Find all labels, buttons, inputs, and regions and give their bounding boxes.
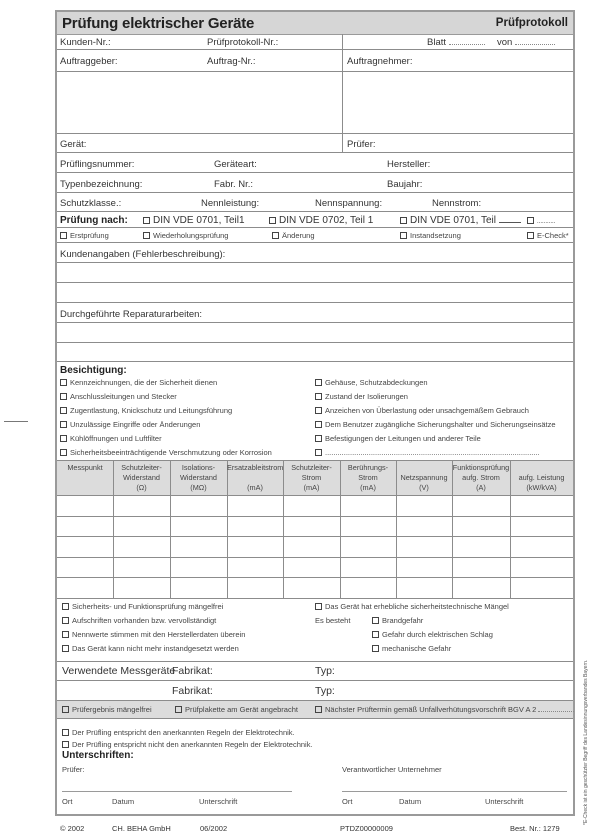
footer-code: PTDZ00000009 — [340, 824, 393, 833]
nennspannung-field[interactable]: Nennspannung: — [315, 198, 382, 209]
table-cell[interactable] — [57, 557, 113, 578]
checkbox-box — [60, 435, 67, 442]
table-cell[interactable] — [396, 516, 452, 537]
besichtigung-left-item[interactable]: Sicherheitsbeeinträchtigende Verschmutzu… — [60, 448, 272, 457]
datum-label-2: Datum — [399, 797, 421, 806]
auftragnehmer-field[interactable]: Auftragnehmer: — [347, 56, 412, 67]
checkbox-box — [315, 407, 322, 414]
ergebnis-item[interactable]: Sicherheits- und Funktionsprüfung mängel… — [62, 602, 223, 611]
ort-label-2: Ort — [342, 797, 352, 806]
table-cell[interactable] — [452, 536, 510, 557]
table-column-header: Strom — [340, 473, 396, 483]
table-cell[interactable] — [340, 495, 396, 516]
table-column-header: Funktionsprüfung — [452, 463, 510, 473]
footer-bestell-nr: Best. Nr.: 1279 — [510, 824, 560, 833]
checkbox-box — [315, 706, 322, 713]
ort-label-1: Ort — [62, 797, 72, 806]
table-cell[interactable] — [396, 495, 452, 516]
gefahr-checkbox[interactable]: Gefahr durch elektrischen Schlag — [372, 630, 493, 639]
besichtigung-left-item[interactable]: Unzulässige Eingriffe oder Änderungen — [60, 420, 200, 429]
table-cell[interactable] — [510, 536, 573, 557]
table-column-header: aufg. Strom — [452, 473, 510, 483]
option-other[interactable]: ........... — [527, 215, 555, 226]
geraeteart-field[interactable]: Geräteart: — [214, 159, 257, 170]
margin-mark — [4, 421, 28, 422]
checkbox-box — [315, 449, 322, 456]
checkbox-box — [62, 631, 69, 638]
table-cell[interactable] — [170, 557, 227, 578]
table-cell[interactable] — [113, 495, 170, 516]
auftragnehmer-address-area[interactable] — [344, 72, 573, 132]
checkbox-box — [60, 393, 67, 400]
table-cell[interactable] — [227, 516, 283, 537]
checkbox-box — [60, 232, 67, 239]
table-cell[interactable] — [340, 516, 396, 537]
typ-field-1[interactable]: Typ: — [315, 665, 335, 677]
blatt-field[interactable]: Blatt — [427, 37, 485, 48]
e-check-checkbox[interactable]: E-Check* — [527, 231, 569, 240]
table-cell[interactable] — [170, 495, 227, 516]
table-column-header: Ersatzableitstrom — [227, 463, 283, 473]
unternehmer-signature-label: Verantwortlicher Unternehmer — [342, 765, 442, 774]
geraet-field[interactable]: Gerät: — [60, 139, 86, 150]
table-column-header: (MΩ) — [170, 483, 227, 493]
unterschriften-title: Unterschriften: — [62, 750, 134, 761]
checkbox-box — [272, 232, 279, 239]
datum-label-1: Datum — [112, 797, 134, 806]
table-cell[interactable] — [283, 495, 340, 516]
checkbox-box — [175, 706, 182, 713]
pruefer-field[interactable]: Prüfer: — [347, 139, 376, 150]
checkbox-box — [60, 421, 67, 428]
besichtigung-right-item[interactable]: Zustand der Isolierungen — [315, 392, 408, 401]
table-cell[interactable] — [113, 577, 170, 598]
erstpruefung-checkbox[interactable]: Erstprüfung — [60, 231, 109, 240]
table-cell[interactable] — [283, 516, 340, 537]
table-cell[interactable] — [510, 577, 573, 598]
regeln-entspricht-checkbox[interactable]: Der Prüfling entspricht den anerkannten … — [62, 728, 295, 737]
footer-company: CH. BEHA GmbH — [112, 824, 171, 833]
table-column-header: (kW/kVA) — [510, 483, 573, 493]
reparatur-line-2[interactable] — [57, 343, 573, 362]
checkbox-box — [372, 645, 379, 652]
form-title: Prüfung elektrischer Geräte — [62, 15, 254, 32]
besichtigung-left-item[interactable]: Anschlussleitungen und Stecker — [60, 392, 177, 401]
pruefung-nach-label: Prüfung nach: — [60, 215, 128, 226]
besichtigung-right-item[interactable]: Gehäuse, Schutzabdeckungen — [315, 378, 428, 387]
table-cell[interactable] — [227, 577, 283, 598]
es-besteht-label: Es besteht — [315, 616, 350, 625]
blatt-label: Blatt — [427, 37, 446, 48]
table-cell[interactable] — [510, 557, 573, 578]
naechster-pruefermin-checkbox[interactable]: Nächster Prüftermin gemäß Unfallverhütun… — [315, 705, 574, 714]
table-cell[interactable] — [113, 557, 170, 578]
checkbox-box — [60, 379, 67, 386]
checkbox-box — [315, 379, 322, 386]
gefahr-checkbox[interactable]: mechanische Gefahr — [372, 644, 451, 653]
reparatur-line-1[interactable] — [57, 323, 573, 342]
option-vde0701-teil-x[interactable]: DIN VDE 0701, Teil — [400, 215, 521, 226]
kundenangaben-line-2[interactable] — [57, 283, 573, 302]
table-cell[interactable] — [452, 495, 510, 516]
checkbox-box — [315, 421, 322, 428]
besichtigung-right-item[interactable]: ........................................… — [315, 448, 540, 457]
checkbox[interactable] — [527, 217, 534, 224]
table-column-header: (mA) — [340, 483, 396, 493]
checkbox-box — [372, 617, 379, 624]
checkbox-box — [60, 407, 67, 414]
table-cell[interactable] — [396, 536, 452, 557]
fabr-nr-field[interactable]: Fabr. Nr.: — [214, 179, 253, 190]
table-cell[interactable] — [113, 536, 170, 557]
table-column-header: (mA) — [227, 483, 283, 493]
prueflingsnummer-field[interactable]: Prüflingsnummer: — [60, 159, 134, 170]
besichtigung-title: Besichtigung: — [60, 365, 127, 376]
checkbox[interactable] — [400, 217, 407, 224]
checkbox-box — [315, 435, 322, 442]
besichtigung-right-item[interactable]: Anzeichen von Überlastung oder unsachgem… — [315, 406, 529, 415]
wiederholungspruefung-checkbox[interactable]: Wiederholungsprüfung — [143, 231, 228, 240]
table-column-header: Strom — [283, 473, 340, 483]
kundenangaben-label: Kundenangaben (Fehlerbeschreibung): — [60, 249, 225, 260]
ergebnis-item[interactable]: Das Gerät kann nicht mehr instandgesetzt… — [62, 644, 239, 653]
table-cell[interactable] — [396, 577, 452, 598]
nennleistung-field[interactable]: Nennleistung: — [201, 198, 259, 209]
instandsetzung-checkbox[interactable]: Instandsetzung — [400, 231, 461, 240]
table-cell[interactable] — [170, 516, 227, 537]
table-cell[interactable] — [113, 516, 170, 537]
checkbox-box — [315, 393, 322, 400]
option-vde0701-teil1[interactable]: DIN VDE 0701, Teil1 — [143, 215, 245, 226]
table-cell[interactable] — [170, 577, 227, 598]
ergebnis-item[interactable]: Nennwerte stimmen mit den Herstellerdate… — [62, 630, 245, 639]
pruefergebnis-checkbox[interactable]: Prüfergebnis mängelfrei — [62, 705, 152, 714]
checkbox-box — [62, 617, 69, 624]
von-label: von — [497, 37, 512, 48]
table-column-header: (mA) — [283, 483, 340, 493]
besichtigung-right-item[interactable]: Dem Benutzer zugängliche Sicherungshalte… — [315, 420, 556, 429]
table-column-header: Messpunkt — [57, 463, 113, 473]
table-column-header: Berührungs- — [340, 463, 396, 473]
protokoll-nr-field[interactable]: Prüfprotokoll-Nr.: — [207, 37, 278, 48]
table-column-header: (Ω) — [113, 483, 170, 493]
table-cell[interactable] — [510, 516, 573, 537]
pruefplakette-checkbox[interactable]: Prüfplakette am Gerät angebracht — [175, 705, 298, 714]
table-cell[interactable] — [57, 516, 113, 537]
table-column-header: Netzspannung — [396, 473, 452, 483]
table-column-header: Widerstand — [170, 473, 227, 483]
table-cell[interactable] — [452, 577, 510, 598]
unternehmer-signature-line[interactable] — [342, 791, 567, 792]
form-type: Prüfprotokoll — [496, 17, 568, 29]
schutzklasse-field[interactable]: Schutzklasse.: — [60, 198, 121, 209]
table-column-header: aufg. Leistung — [510, 473, 573, 483]
checkbox-box — [315, 603, 322, 610]
table-column-header: (A) — [452, 483, 510, 493]
option-vde0702-teil1[interactable]: DIN VDE 0702, Teil 1 — [269, 215, 373, 226]
besichtigung-left-item[interactable]: Zugentlastung, Knickschutz und Leitungsf… — [60, 406, 232, 415]
table-cell[interactable] — [283, 557, 340, 578]
table-column-header: Schutzleiter- — [113, 463, 170, 473]
footer-copyright: © 2002 — [60, 824, 84, 833]
von-field[interactable]: von — [497, 37, 555, 48]
erhebliche-maengel-checkbox[interactable]: Das Gerät hat erhebliche sicherheitstech… — [315, 602, 509, 611]
besichtigung-left-item[interactable]: Kühlöffnungen und Luftfilter — [60, 434, 162, 443]
pruefer-signature-label: Prüfer: — [62, 765, 85, 774]
unterschrift-label-2: Unterschrift — [485, 797, 523, 806]
side-note: *E-Check ist ein geschützter Begriff des… — [583, 660, 589, 825]
table-cell[interactable] — [227, 495, 283, 516]
typenbezeichnung-field[interactable]: Typenbezeichnung: — [60, 179, 142, 190]
ergebnis-item[interactable]: Aufschriften vorhanden bzw. vervollständ… — [62, 616, 216, 625]
checkbox-box — [60, 449, 67, 456]
baujahr-field[interactable]: Baujahr: — [387, 179, 422, 190]
footer-date: 06/2002 — [200, 824, 227, 833]
checkbox-box — [62, 645, 69, 652]
table-cell[interactable] — [452, 516, 510, 537]
checkbox-box — [62, 729, 69, 736]
hersteller-field[interactable]: Hersteller: — [387, 159, 430, 170]
kunden-nr-field[interactable]: Kunden-Nr.: — [60, 37, 111, 48]
table-cell[interactable] — [340, 577, 396, 598]
checkbox-box — [527, 232, 534, 239]
messgeraete-label: Verwendete Messgeräte — [62, 665, 175, 677]
header-bar: Prüfung elektrischer Geräte Prüfprotokol… — [57, 12, 573, 35]
aenderung-checkbox[interactable]: Änderung — [272, 231, 315, 240]
table-cell[interactable] — [170, 536, 227, 557]
table-cell[interactable] — [57, 495, 113, 516]
checkbox-box — [143, 232, 150, 239]
table-cell[interactable] — [510, 495, 573, 516]
auftraggeber-address-area[interactable] — [57, 72, 342, 132]
besichtigung-right-item[interactable]: Befestigungen der Leitungen und anderer … — [315, 434, 481, 443]
table-cell[interactable] — [340, 557, 396, 578]
table-cell[interactable] — [283, 577, 340, 598]
table-row-divider — [57, 598, 573, 599]
table-cell[interactable] — [283, 536, 340, 557]
checkbox-box — [400, 232, 407, 239]
checkbox-box — [372, 631, 379, 638]
table-cell[interactable] — [227, 536, 283, 557]
besichtigung-left-item[interactable]: Kennzeichnungen, die der Sicherheit dien… — [60, 378, 217, 387]
typ-field-2[interactable]: Typ: — [315, 685, 335, 697]
table-column-header: Isolations- — [170, 463, 227, 473]
table-cell[interactable] — [57, 536, 113, 557]
table-cell[interactable] — [340, 536, 396, 557]
unterschrift-label-1: Unterschrift — [199, 797, 237, 806]
checkbox[interactable] — [143, 217, 150, 224]
table-column-header: Widerstand — [113, 473, 170, 483]
checkbox-box — [62, 741, 69, 748]
table-cell[interactable] — [396, 557, 452, 578]
gefahr-checkbox[interactable]: Brandgefahr — [372, 616, 423, 625]
table-cell[interactable] — [227, 557, 283, 578]
checkbox-box — [62, 603, 69, 610]
auftraggeber-field[interactable]: Auftraggeber: — [60, 56, 118, 67]
nennstrom-field[interactable]: Nennstrom: — [432, 198, 481, 209]
regeln-entspricht-nicht-checkbox[interactable]: Der Prüfling entspricht nicht den anerka… — [62, 740, 313, 749]
kundenangaben-line-1[interactable] — [57, 263, 573, 282]
table-column-header: (V) — [396, 483, 452, 493]
table-cell[interactable] — [452, 557, 510, 578]
fabrikat-field-2[interactable]: Fabrikat: — [172, 685, 213, 697]
checkbox[interactable] — [269, 217, 276, 224]
table-cell[interactable] — [57, 577, 113, 598]
checkbox-box — [62, 706, 69, 713]
auftrag-nr-field[interactable]: Auftrag-Nr.: — [207, 56, 256, 67]
test-protocol-form: Prüfung elektrischer Geräte Prüfprotokol… — [55, 10, 575, 816]
table-column-header: Schutzleiter- — [283, 463, 340, 473]
pruefer-signature-line[interactable] — [62, 791, 292, 792]
fabrikat-field-1[interactable]: Fabrikat: — [172, 665, 213, 677]
reparatur-label: Durchgeführte Reparaturarbeiten: — [60, 309, 202, 320]
